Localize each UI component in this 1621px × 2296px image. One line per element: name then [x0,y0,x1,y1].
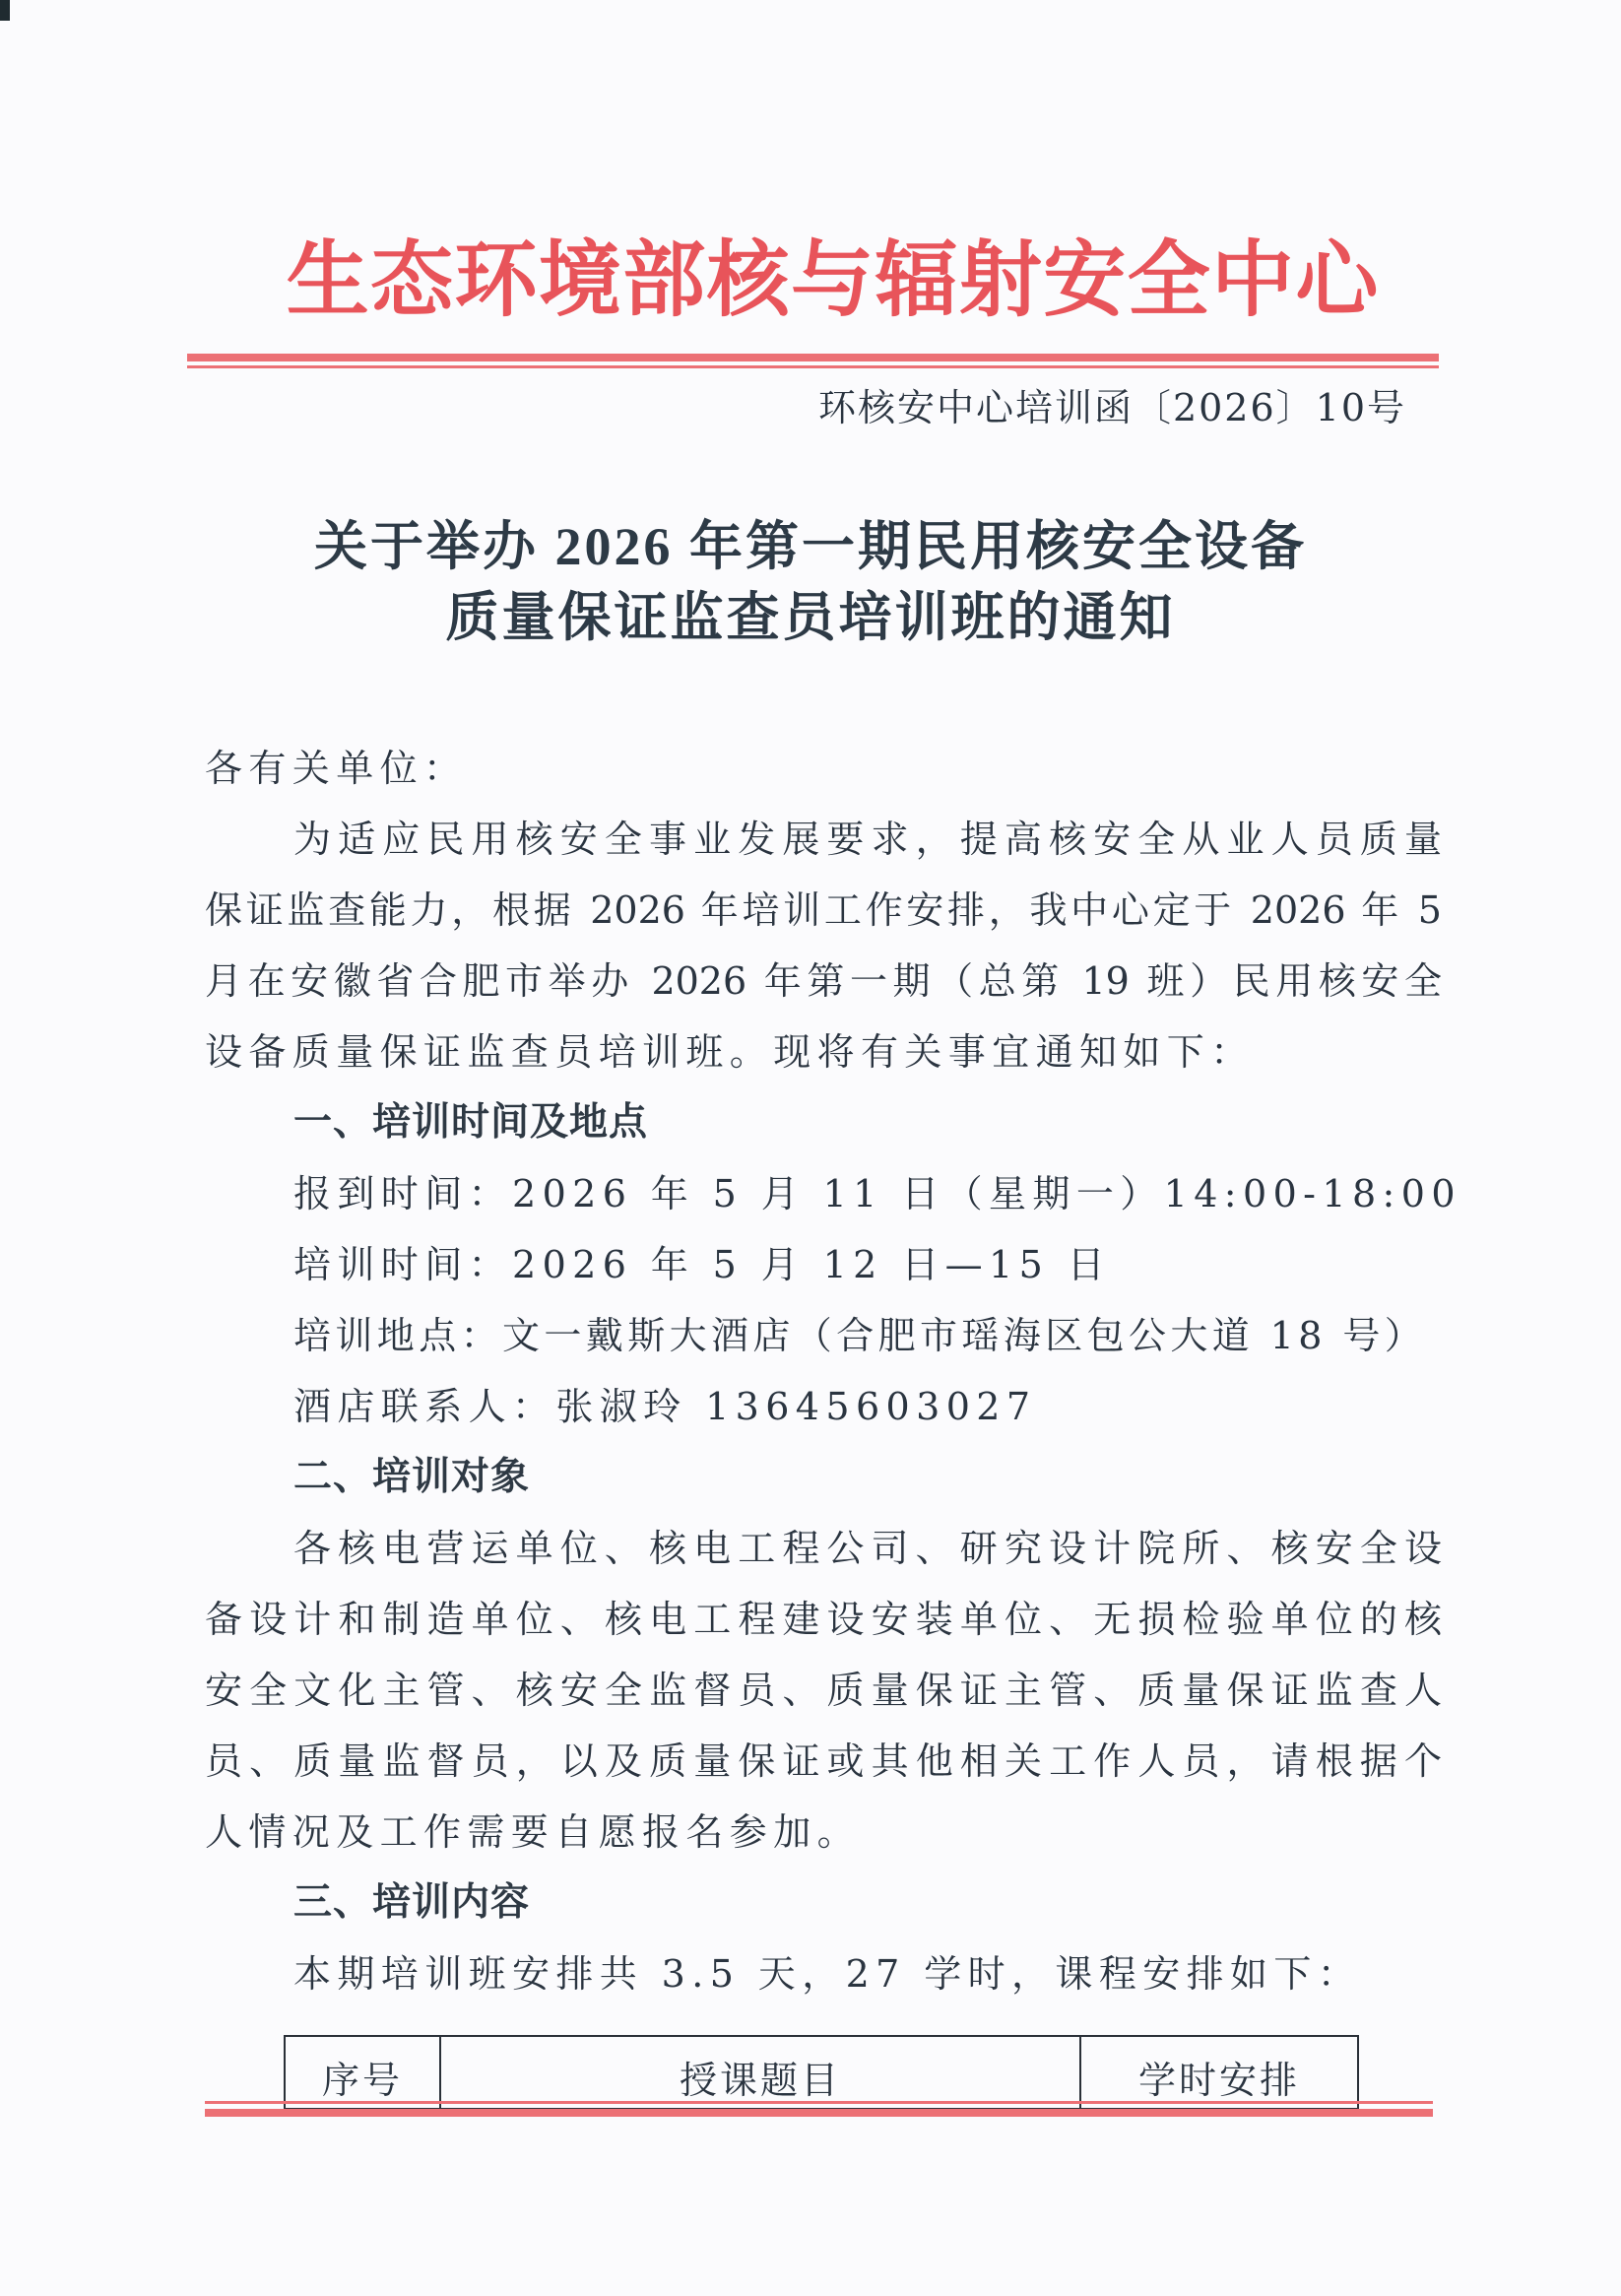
letterhead-char: 全 [1127,214,1210,333]
document-number: 环核安中心培训函〔2026〕10号 [776,382,1406,433]
hotel-contact: 酒店联系人：张淑玲 13645603027 [293,1377,1442,1436]
letterhead-char: 部 [622,214,706,333]
column-header-course-topic: 授课题目 [441,2037,1081,2108]
salutation: 各有关单位： [205,739,1442,798]
letterhead-rule-thick [187,354,1439,361]
schedule-summary: 本期培训班安排共 3.5 天，27 学时，课程安排如下： [293,1944,1442,2003]
column-header-hours: 学时安排 [1081,2037,1357,2108]
letterhead-char: 辐 [875,214,958,333]
letterhead-organization: 生 态 环 境 部 核 与 辐 射 安 全 中 心 [286,219,1379,327]
document-title-line-2: 质量保证监查员培训班的通知 [197,583,1424,652]
letterhead-char: 中 [1210,214,1294,333]
footer-rule-thick [205,2109,1433,2117]
letterhead-char: 与 [790,214,874,333]
intro-paragraph-line: 月在安徽省合肥市举办 2026 年第一期（总第 19 班）民用核安全 [205,951,1442,1011]
audience-paragraph-line: 安全文化主管、核安全监督员、质量保证主管、质量保证监查人 [205,1661,1442,1720]
letterhead-char: 环 [454,214,538,333]
section-heading-training-content: 三、培训内容 [293,1873,530,1933]
letterhead-rule-thin [187,365,1439,368]
intro-paragraph-line: 为适应民用核安全事业发展要求，提高核安全从业人员质量 [293,810,1442,869]
audience-paragraph-line: 人情况及工作需要自愿报名参加。 [205,1803,1442,1862]
document-title-line-1: 关于举办 2026 年第一期民用核安全设备 [197,512,1424,581]
section-heading-target-audience: 二、培训对象 [293,1448,530,1507]
audience-paragraph-line: 员、质量监督员，以及质量保证或其他相关工作人员，请根据个 [205,1732,1442,1791]
letterhead-char: 核 [706,214,790,333]
audience-paragraph-line: 各核电营运单位、核电工程公司、研究设计院所、核安全设 [293,1519,1442,1578]
intro-paragraph-line: 保证监查能力，根据 2026 年培训工作安排，我中心定于 2026 年 5 [205,881,1442,940]
letterhead-char: 安 [1043,214,1127,333]
training-location: 培训地点：文一戴斯大酒店（合肥市瑶海区包公大道 18 号） [293,1306,1442,1365]
letterhead-char: 射 [958,214,1042,333]
letterhead-char: 生 [286,214,369,333]
section-heading-time-location: 一、培训时间及地点 [293,1093,648,1152]
letterhead-char: 心 [1295,214,1379,333]
audience-paragraph-line: 备设计和制造单位、核电工程建设安装单位、无损检验单位的核 [205,1590,1442,1649]
letterhead-char: 境 [538,214,621,333]
training-time: 培训时间：2026 年 5 月 12 日—15 日 [293,1235,1442,1294]
scan-edge-mark [0,0,10,21]
intro-paragraph-line: 设备质量保证监查员培训班。现将有关事宜通知如下： [205,1022,1442,1082]
footer-rule-thin [205,2101,1433,2104]
registration-time: 报到时间：2026 年 5 月 11 日（星期一）14:00-18:00 [293,1164,1442,1223]
letterhead-char: 态 [369,214,453,333]
schedule-table: 序号 授课题目 学时安排 [284,2035,1359,2110]
column-header-number: 序号 [286,2037,441,2108]
